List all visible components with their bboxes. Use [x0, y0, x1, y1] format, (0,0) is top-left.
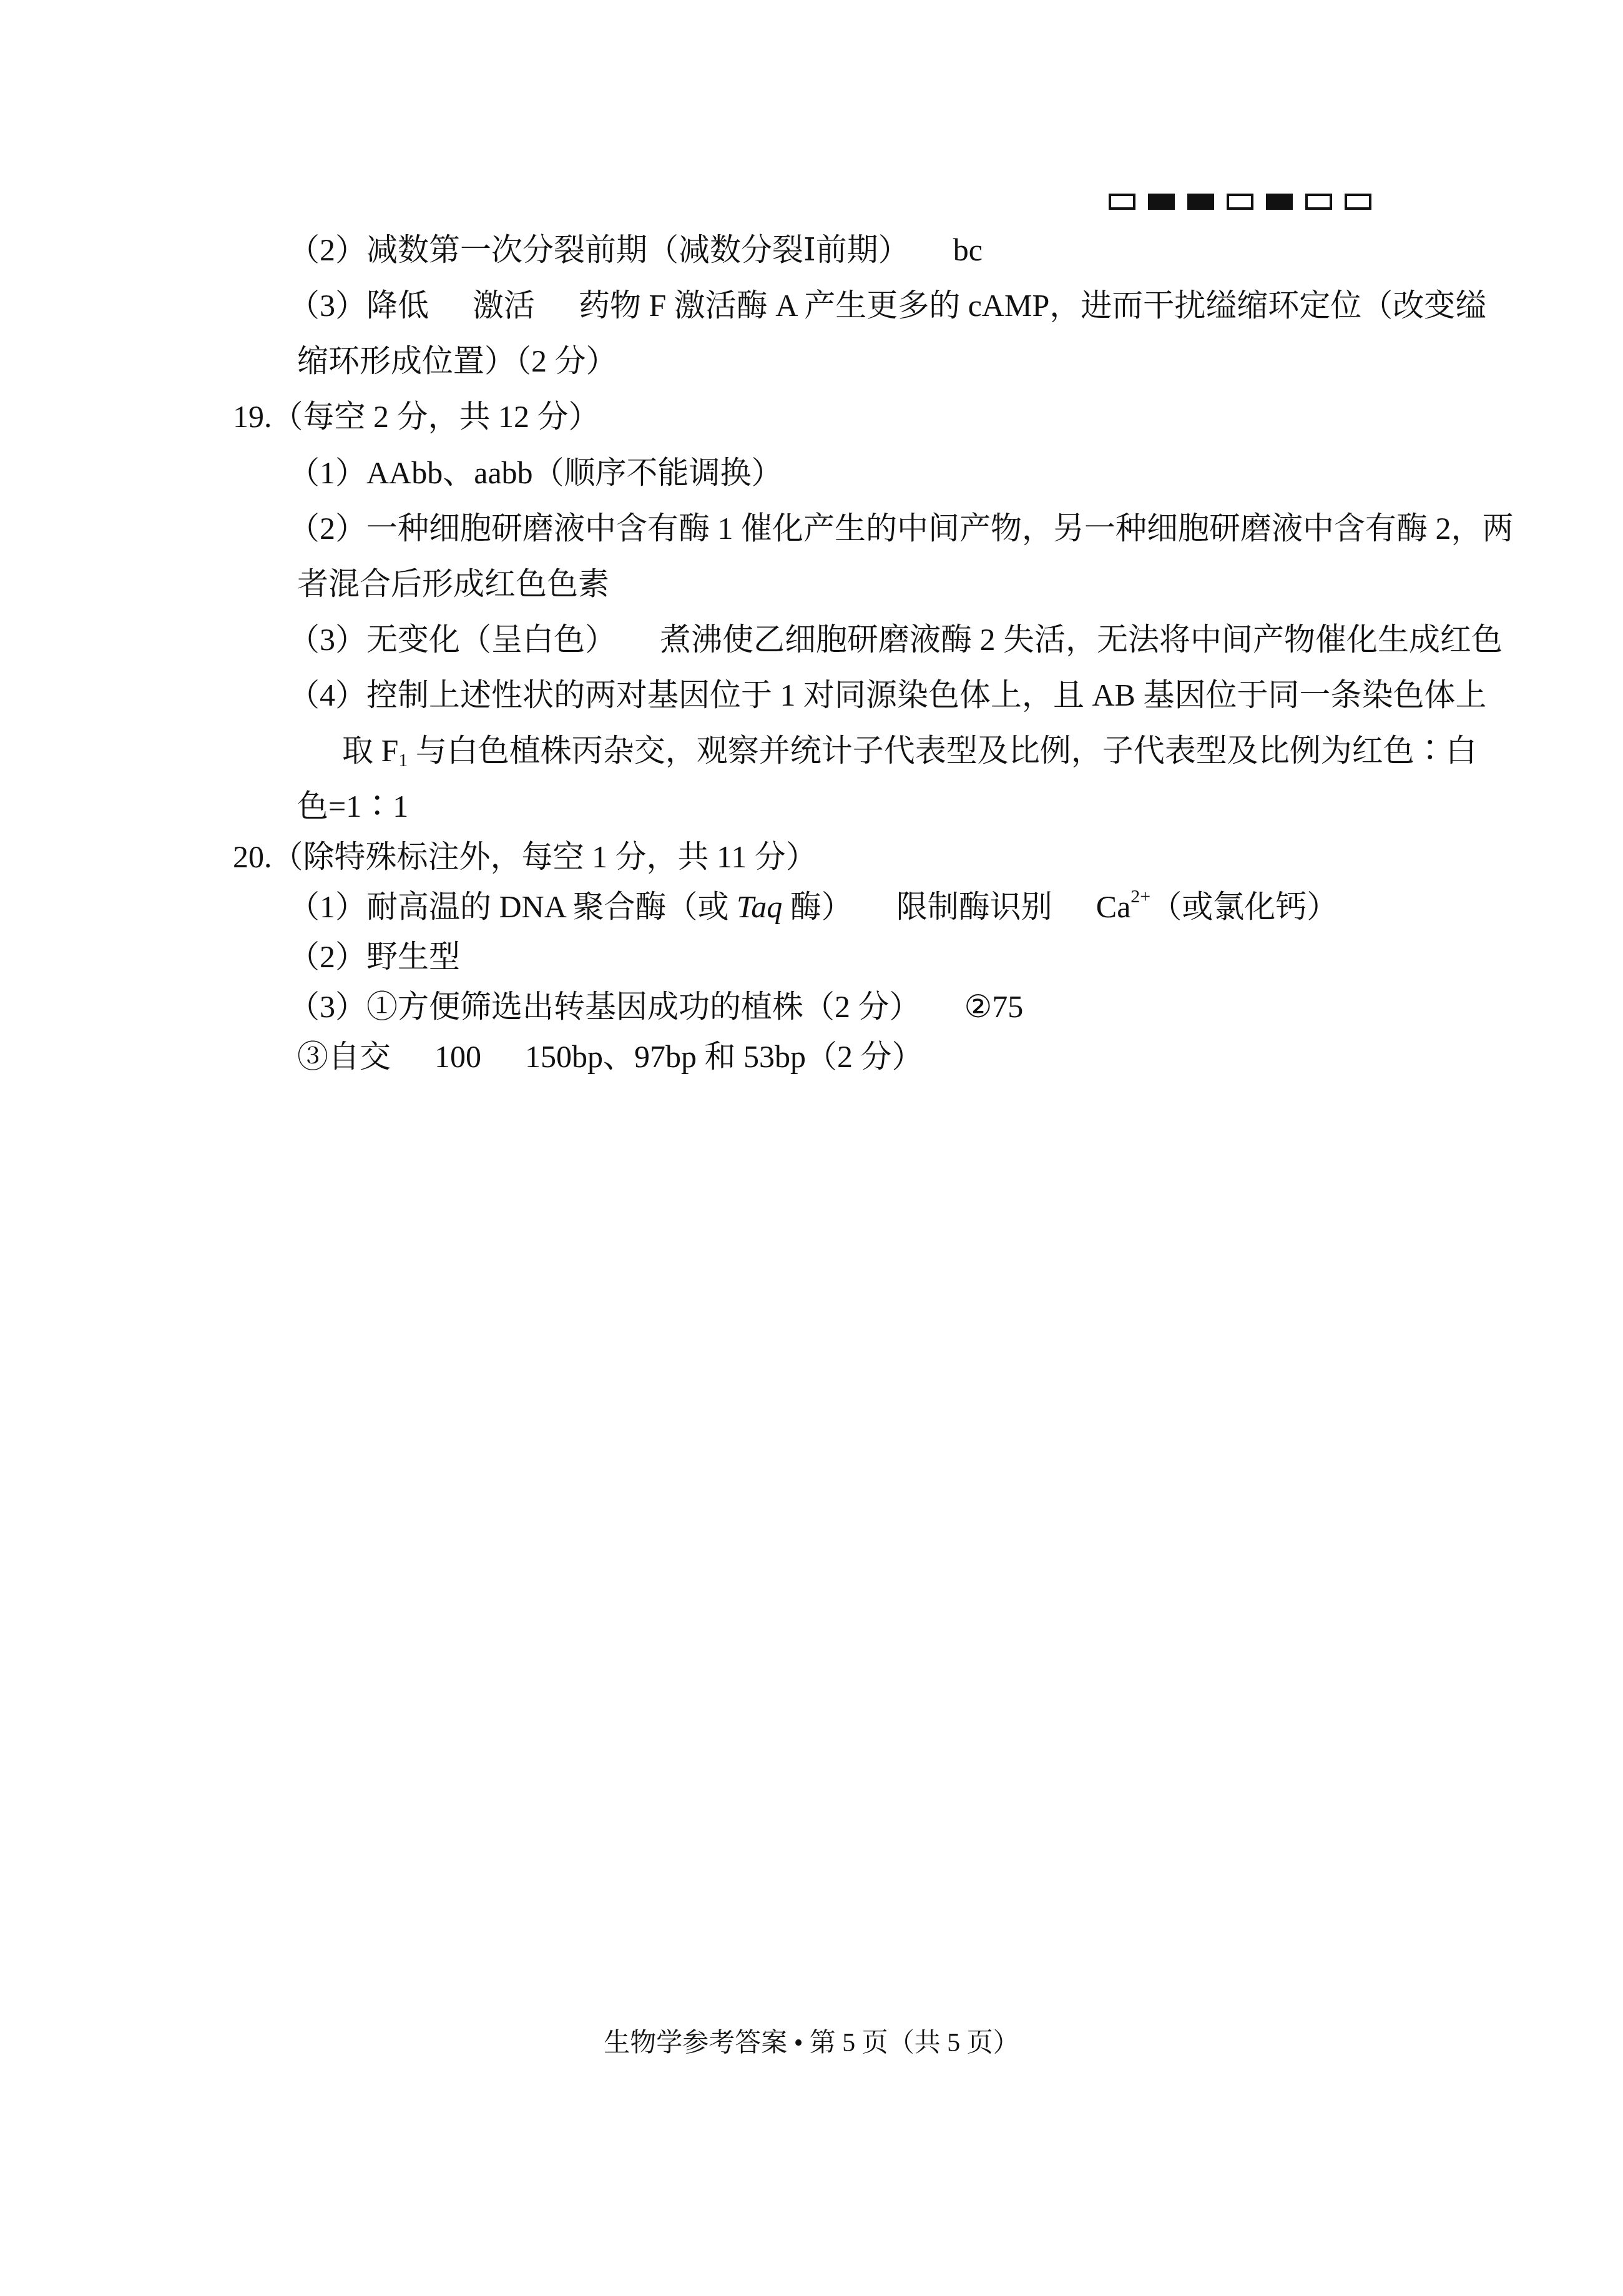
- q20-part2: （2）野生型: [288, 938, 460, 975]
- marker-box-empty: [1227, 194, 1253, 210]
- answer-text: 控制上述性状的两对基因位于 1 对同源染色体上，且 AB 基因位于同一条染色体上: [366, 677, 1486, 712]
- answer-text: 100: [434, 1039, 481, 1074]
- answer-text: ③自交: [297, 1039, 391, 1074]
- q19-part4: （4）控制上述性状的两对基因位于 1 对同源染色体上，且 AB 基因位于同一条染…: [288, 676, 1486, 714]
- part-label: （4）: [288, 677, 366, 712]
- answer-text: 色=1∶1: [297, 789, 408, 824]
- q19-part1: （1）AAbb、aabb（顺序不能调换）: [288, 454, 783, 491]
- f1-symbol: F1: [381, 733, 408, 768]
- question-scoring: （除特殊标注外，每空 1 分，共 11 分）: [272, 839, 817, 874]
- answer-text: 酶）: [782, 889, 853, 924]
- marker-box-empty: [1345, 194, 1371, 210]
- calcium-ion: Ca2+: [1096, 889, 1150, 924]
- answer-text: （或氯化钙）: [1150, 889, 1338, 924]
- marker-box-filled: [1148, 194, 1175, 210]
- answer-text: 减数第一次分裂前期（减数分裂Ⅰ前期）: [366, 232, 910, 267]
- exam-marker-boxes: [1109, 194, 1371, 210]
- page-footer: 生物学参考答案 • 第 5 页（共 5 页）: [0, 2027, 1623, 2059]
- footer-text: 生物学参考答案 • 第 5 页（共 5 页）: [604, 2029, 1019, 2057]
- part-label: （2）: [288, 511, 366, 546]
- answer-text: 取: [342, 733, 381, 768]
- answer-text: 限制酶识别: [896, 889, 1052, 924]
- answer-text: bc: [953, 232, 983, 267]
- answer-text: 野生型: [366, 939, 460, 974]
- answer-text: 煮沸使乙细胞研磨液酶 2 失活，无法将中间产物催化生成红色: [660, 622, 1503, 657]
- q20-heading: 20.（除特殊标注外，每空 1 分，共 11 分）: [233, 838, 817, 875]
- q19-part4-line3: 色=1∶1: [297, 787, 408, 825]
- q20-part3-line2: ③自交100150bp、97bp 和 53bp（2 分）: [297, 1038, 923, 1075]
- marker-box-empty: [1109, 194, 1135, 210]
- q19-part2-continued: 者混合后形成红色色素: [297, 565, 609, 603]
- q19-part4-line2: 取 F1 与白色植株丙杂交，观察并统计子代表型及比例，子代表型及比例为红色∶白: [342, 732, 1477, 769]
- answer-text: ①方便筛选出转基因成功的植株（2 分）: [366, 989, 921, 1024]
- part-label: （3）: [288, 622, 366, 657]
- part-label: （2）: [288, 232, 366, 267]
- part-label: （2）: [288, 939, 366, 974]
- answer-text: 150bp、97bp 和 53bp（2 分）: [525, 1039, 923, 1074]
- question-number: 19.: [233, 399, 272, 434]
- part-label: （1）: [288, 889, 366, 924]
- marker-box-filled: [1187, 194, 1214, 210]
- taq-italic: Taq: [737, 889, 782, 924]
- part-label: （3）: [288, 989, 366, 1024]
- question-scoring: （每空 2 分，共 12 分）: [272, 399, 600, 434]
- answer-text: 与白色植株丙杂交，观察并统计子代表型及比例，子代表型及比例为红色∶白: [408, 733, 1477, 768]
- marker-box-empty: [1305, 194, 1332, 210]
- answer-text: ②75: [964, 989, 1024, 1024]
- answer-text: 缩环形成位置）（2 分）: [297, 343, 617, 378]
- q20-part3: （3）①方便筛选出转基因成功的植株（2 分）②75: [288, 988, 1023, 1025]
- answer-text: 耐高温的 DNA 聚合酶（或: [366, 889, 737, 924]
- answer-text: 药物 F 激活酶 A 产生更多的 cAMP，进而干扰缢缩环定位（改变缢: [579, 288, 1486, 323]
- part-label: （3）: [288, 288, 366, 323]
- q19-part2: （2）一种细胞研磨液中含有酶 1 催化产生的中间产物，另一种细胞研磨液中含有酶 …: [288, 510, 1514, 547]
- q20-part1: （1）耐高温的 DNA 聚合酶（或 Taq 酶）限制酶识别Ca2+（或氯化钙）: [288, 888, 1338, 925]
- marker-box-filled: [1266, 194, 1293, 210]
- q19-heading: 19.（每空 2 分，共 12 分）: [233, 398, 600, 435]
- q18-part3: （3）降低激活药物 F 激活酶 A 产生更多的 cAMP，进而干扰缢缩环定位（改…: [288, 287, 1486, 324]
- answer-text: 者混合后形成红色色素: [297, 566, 609, 601]
- q19-part3: （3）无变化（呈白色）煮沸使乙细胞研磨液酶 2 失活，无法将中间产物催化生成红色: [288, 621, 1503, 658]
- q18-part3-continued: 缩环形成位置）（2 分）: [297, 342, 617, 380]
- answer-text: 一种细胞研磨液中含有酶 1 催化产生的中间产物，另一种细胞研磨液中含有酶 2，两: [366, 511, 1514, 546]
- answer-text: 降低: [366, 288, 429, 323]
- answer-text: AAbb、aabb（顺序不能调换）: [366, 455, 783, 490]
- question-number: 20.: [233, 839, 272, 874]
- answer-text: 激活: [473, 288, 535, 323]
- q18-part2: （2）减数第一次分裂前期（减数分裂Ⅰ前期）bc: [288, 231, 983, 269]
- answer-text: 无变化（呈白色）: [366, 622, 616, 657]
- part-label: （1）: [288, 455, 366, 490]
